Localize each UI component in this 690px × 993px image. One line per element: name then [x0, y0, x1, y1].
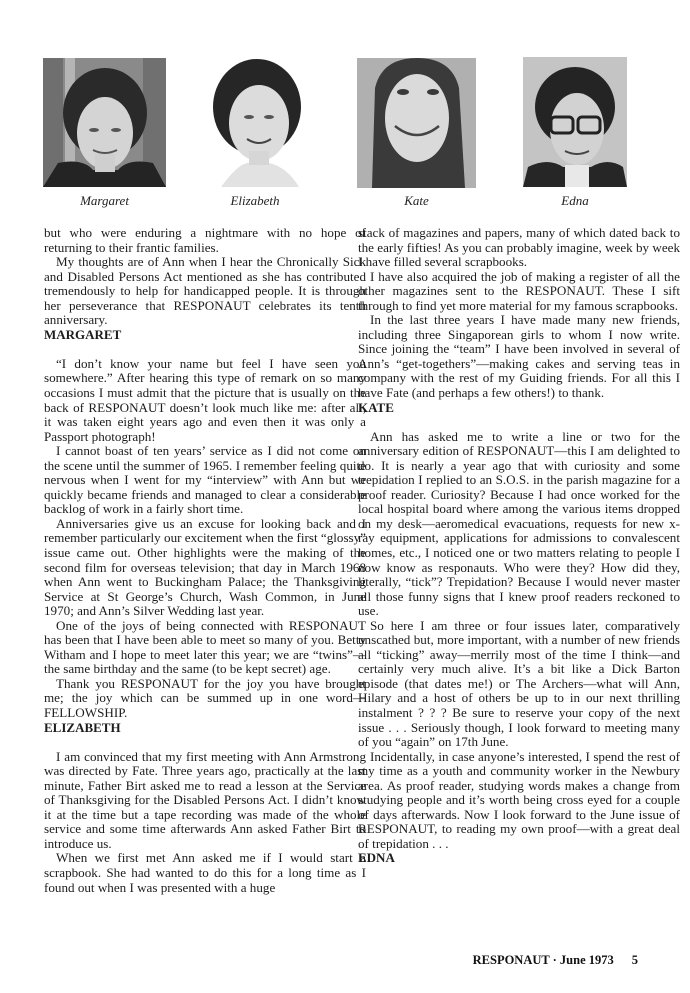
signature-margaret: MARGARET — [44, 328, 366, 343]
paragraph: So here I am three or four issues later,… — [358, 619, 680, 750]
portrait-elizabeth-image — [207, 55, 303, 187]
paragraph: “I don’t know your name but feel I have … — [44, 357, 366, 444]
photo-kate — [357, 58, 476, 188]
paragraph: In the last three years I have made many… — [358, 313, 680, 400]
photo-edna — [523, 57, 627, 187]
page-number: 5 — [632, 953, 638, 967]
paragraph: When we first met Ann asked me if I woul… — [44, 851, 366, 895]
right-column: stack of magazines and papers, many of w… — [358, 226, 680, 866]
caption-kate: Kate — [357, 193, 476, 209]
caption-elizabeth: Elizabeth — [202, 193, 308, 209]
publication-title: RESPONAUT · June 1973 — [473, 953, 614, 967]
paragraph: Anniversaries give us an excuse for look… — [44, 517, 366, 619]
signature-edna: EDNA — [358, 851, 680, 866]
paragraph: Incidentally, in case anyone’s intereste… — [358, 750, 680, 852]
signature-elizabeth: ELIZABETH — [44, 721, 366, 736]
paragraph: I am convinced that my first meeting wit… — [44, 750, 366, 852]
signature-kate: KATE — [358, 401, 680, 416]
paragraph: I have also acquired the job of making a… — [358, 270, 680, 314]
caption-edna: Edna — [523, 193, 627, 209]
paragraph: My thoughts are of Ann when I hear the C… — [44, 255, 366, 328]
paragraph: I cannot boast of ten years’ service as … — [44, 444, 366, 517]
portrait-kate-image — [357, 58, 476, 188]
portrait-edna-image — [523, 57, 627, 187]
photo-margaret — [43, 58, 166, 187]
paragraph: Thank you RESPONAUT for the joy you have… — [44, 677, 366, 721]
left-column: but who were enduring a nightmare with n… — [44, 226, 366, 895]
paragraph: stack of magazines and papers, many of w… — [358, 226, 680, 270]
portrait-margaret-image — [43, 58, 166, 187]
photo-elizabeth — [207, 55, 303, 187]
paragraph: but who were enduring a nightmare with n… — [44, 226, 366, 255]
paragraph: Ann has asked me to write a line or two … — [358, 430, 680, 619]
paragraph: One of the joys of being connected with … — [44, 619, 366, 677]
caption-margaret: Margaret — [43, 193, 166, 209]
page-footer: RESPONAUT · June 19735 — [473, 953, 638, 968]
